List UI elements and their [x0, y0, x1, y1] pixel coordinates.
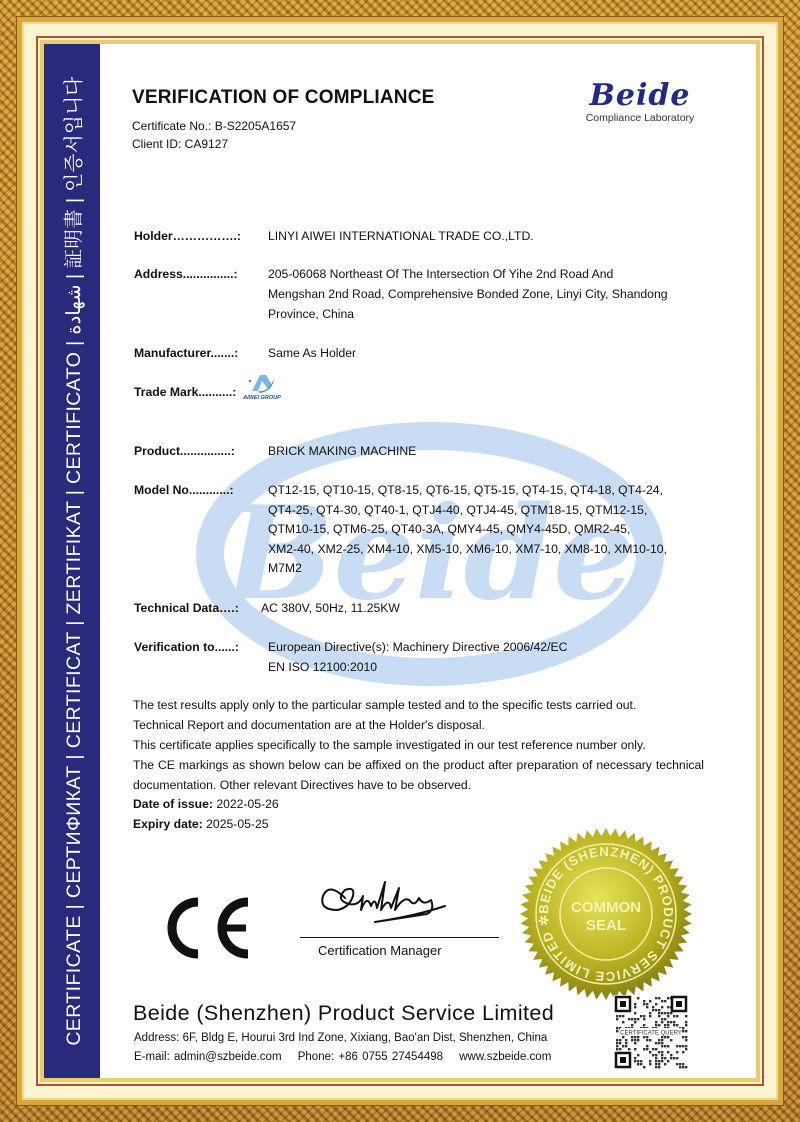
aiwei-group-logo-icon: AIWEI GROUP: [242, 371, 282, 403]
signature-line: [300, 937, 499, 938]
verification-to-label: Verification to......:: [134, 638, 239, 658]
statement-line-1: The test results apply only to the parti…: [133, 695, 704, 715]
model-line-4: XM2-40, XM2-25, XM4-10, XM5-10, XM6-10, …: [268, 540, 667, 560]
client-id: Client ID: CA9127: [132, 137, 228, 151]
svg-text:COMMON: COMMON: [571, 899, 641, 916]
manufacturer-value: Same As Holder: [268, 344, 356, 364]
statement-paragraph: The test results apply only to the parti…: [133, 695, 704, 795]
model-no-label: Model No............:: [134, 481, 234, 501]
svg-text:CERTIFICATE QUERY: CERTIFICATE QUERY: [620, 1031, 682, 1037]
document-title: VERIFICATION OF COMPLIANCE: [132, 87, 435, 109]
certificate-page: Beide VERIFICATION OF COMPLIANCE Certifi…: [100, 44, 756, 1078]
holder-value: LINYI AIWEI INTERNATIONAL TRADE CO.,LTD.: [268, 227, 534, 247]
certificate-number: Certificate No.: B-S2205A1657: [132, 119, 296, 133]
side-banner-text: CERTIFICATE | СЕРТИФИКАТ | CERTIFICAT | …: [58, 46, 86, 1076]
statement-line-2: Technical Report and documentation are a…: [133, 715, 704, 735]
technical-data-label: Technical Data….:: [134, 599, 239, 619]
company-email[interactable]: E-mail: admin@szbeide.com: [134, 1051, 282, 1063]
expiry-date-value: 2025-05-25: [206, 817, 268, 831]
manufacturer-label: Manufacturer.......:: [134, 344, 238, 364]
company-contact: E-mail: admin@szbeide.com Phone: +86 075…: [134, 1051, 563, 1063]
product-label: Product...............:: [134, 442, 235, 462]
brand-name: Beide: [570, 80, 710, 112]
trade-mark-label: Trade Mark..........:: [134, 383, 236, 403]
issue-date-value: 2022-05-26: [216, 797, 278, 811]
svg-text:SEAL: SEAL: [586, 917, 626, 934]
technical-data-value: AC 380V, 50Hz, 11.25KW: [261, 599, 400, 619]
model-line-1: QT12-15, QT10-15, QT8-15, QT6-15, QT5-15…: [268, 481, 663, 501]
company-address: Address: 6F, Bldg E, Hourui 3rd Ind Zone…: [134, 1032, 547, 1044]
verification-line-2: EN ISO 12100:2010: [268, 658, 377, 678]
product-value: BRICK MAKING MACHINE: [268, 442, 416, 462]
brand-subtitle: Compliance Laboratory: [570, 112, 710, 124]
expiry-date-label: Expiry date:: [133, 817, 203, 831]
statement-line-4: The CE markings as shown below can be af…: [133, 755, 704, 795]
validity-dates: Date of issue: 2022-05-26 Expiry date: 2…: [133, 794, 279, 834]
address-line-2: Mengshan 2nd Road, Comprehensive Bonded …: [268, 285, 668, 305]
certificate-query-qr-icon[interactable]: CERTIFICATE QUERY: [614, 995, 688, 1069]
verification-line-1: European Directive(s): Machinery Directi…: [268, 638, 567, 658]
common-seal-icon: BEIDE (SHENZHEN) PRODUCT SERVICE LIMITED…: [518, 826, 694, 1002]
ce-mark-icon: [156, 896, 252, 960]
model-line-3: QTM10-15, QTM6-25, QT40-3A, QMY4-45, QMY…: [268, 520, 630, 540]
side-banner: CERTIFICATE | СЕРТИФИКАТ | CERTIFICAT | …: [44, 44, 100, 1078]
company-name: Beide (Shenzhen) Product Service Limited: [133, 1001, 554, 1026]
company-phone: Phone: +86 0755 27454498: [298, 1051, 443, 1063]
signature-icon: [315, 876, 475, 926]
brand-logo: Beide Compliance Laboratory: [570, 80, 710, 124]
address-line-3: Province, China: [268, 305, 354, 325]
model-line-5: M7M2: [268, 559, 302, 579]
company-website[interactable]: www.szbeide.com: [459, 1051, 551, 1063]
svg-text:AIWEI GROUP: AIWEI GROUP: [242, 395, 281, 401]
address-line-1: 205-06068 Northeast Of The Intersection …: [268, 265, 613, 285]
signature-caption: Certification Manager: [318, 943, 442, 958]
statement-line-3: This certificate applies specifically to…: [133, 735, 704, 755]
issue-date-label: Date of issue:: [133, 797, 213, 811]
address-label: Address...............:: [134, 265, 238, 285]
model-line-2: QT4-25, QT4-30, QT40-1, QTJ4-40, QTJ4-45…: [268, 501, 647, 521]
holder-label: Holder…………….:: [134, 227, 241, 247]
